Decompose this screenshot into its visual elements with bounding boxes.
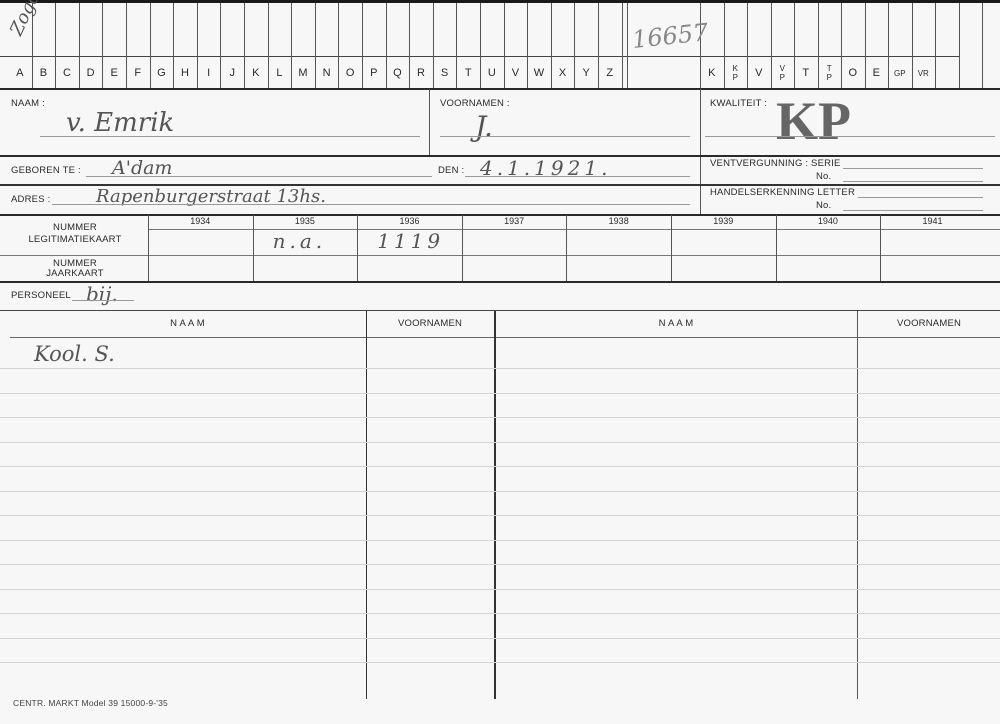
jaarkaart-label-b: JAARKAART — [10, 268, 140, 279]
code-divider — [841, 3, 842, 88]
kwaliteit-line — [705, 136, 995, 137]
ruled-line — [0, 613, 1000, 614]
personnel-header-naam-1: N A A M — [10, 318, 365, 329]
code-bottom: P — [733, 73, 738, 82]
divider — [700, 89, 701, 215]
code-bottom: P — [780, 73, 785, 82]
code-divider — [724, 3, 725, 88]
personnel-header-voornamen-1: VOORNAMEN — [366, 318, 494, 329]
personeel-value: bij. — [86, 282, 118, 306]
naam-line — [40, 136, 420, 137]
code-divider — [935, 3, 936, 88]
index-letter-s: S — [433, 58, 457, 88]
index-letter-m: M — [291, 58, 315, 88]
category-code: T — [794, 58, 818, 88]
ventvergunning-no-line — [843, 181, 983, 182]
code-top: V — [780, 64, 785, 73]
category-code: VR — [912, 58, 936, 88]
code-top: GP — [894, 69, 906, 78]
code-top: E — [873, 67, 880, 79]
index-letter-x: X — [551, 58, 575, 88]
index-letter-g: G — [150, 58, 174, 88]
adres-label: ADRES : — [11, 194, 50, 205]
code-top: V — [755, 67, 762, 79]
year-header-1939: 1939 — [671, 216, 776, 226]
year-header-1940: 1940 — [776, 216, 881, 226]
index-letter-f: F — [126, 58, 150, 88]
year-row-line — [0, 255, 1000, 256]
year-header-1934: 1934 — [148, 216, 253, 226]
code-top: T — [827, 64, 832, 73]
ruled-line — [0, 515, 1000, 516]
year-header-1935: 1935 — [253, 216, 358, 226]
code-divider — [888, 3, 889, 88]
index-divider — [622, 3, 623, 88]
category-code: O — [841, 58, 865, 88]
ruled-line — [0, 564, 1000, 565]
kwaliteit-label: KWALITEIT : — [710, 98, 767, 109]
ruled-line — [0, 491, 1000, 492]
index-letter-r: R — [409, 58, 433, 88]
corner-note: Zogd — [6, 0, 45, 39]
code-top: T — [802, 67, 809, 79]
personnel-row-naam: Kool. S. — [34, 342, 115, 366]
code-top: VR — [918, 69, 929, 78]
den-line — [465, 176, 690, 177]
code-divider — [771, 3, 772, 88]
index-letter-p: P — [362, 58, 386, 88]
index-letter-z: Z — [598, 58, 622, 88]
divider — [429, 89, 430, 155]
index-letter-e: E — [102, 58, 126, 88]
index-letter-c: C — [55, 58, 79, 88]
index-letter-b: B — [32, 58, 56, 88]
code-top: K — [733, 64, 738, 73]
code-divider — [982, 3, 983, 88]
handelserkenning-no-label: No. — [816, 200, 831, 211]
index-letter-o: O — [338, 58, 362, 88]
legitimatiekaart-label-b: LEGITIMATIEKAART — [10, 234, 140, 245]
ventvergunning-line — [843, 168, 983, 169]
index-letter-i: I — [197, 58, 221, 88]
personnel-header-naam-2: N A A M — [495, 318, 857, 329]
category-code: GP — [888, 58, 912, 88]
category-code: V — [747, 58, 771, 88]
year-header-1938: 1938 — [566, 216, 671, 226]
column-divider — [494, 311, 496, 699]
adres-line — [52, 204, 690, 205]
index-letter-w: W — [527, 58, 551, 88]
form-footer: CENTR. MARKT Model 39 15000-9-'35 — [13, 698, 168, 708]
code-top: K — [708, 67, 715, 79]
index-letter-t: T — [456, 58, 480, 88]
den-label: DEN : — [438, 165, 464, 176]
kwaliteit-stamp: KP — [776, 90, 851, 152]
index-letter-d: D — [79, 58, 103, 88]
category-code: TP — [818, 58, 842, 88]
year-header-1937: 1937 — [462, 216, 567, 226]
legitimatiekaart-label-a: NUMMER — [10, 222, 140, 233]
index-letter-v: V — [504, 58, 528, 88]
ruled-line — [0, 589, 1000, 590]
index-letter-n: N — [315, 58, 339, 88]
ruled-line — [0, 540, 1000, 541]
column-divider — [857, 311, 858, 699]
handelserkenning-no-line — [843, 210, 983, 211]
ruled-line — [0, 466, 1000, 467]
ventvergunning-label: VENTVERGUNNING : SERIE — [710, 158, 841, 169]
year-header-1941: 1941 — [880, 216, 985, 226]
code-divider — [794, 3, 795, 88]
index-letter-k: K — [244, 58, 268, 88]
registration-card: ABCDEFGHIJKLMNOPQRSTUVWXYZ KKPVVPTTPOEGP… — [0, 0, 1000, 724]
code-divider — [959, 3, 960, 88]
ruled-line — [0, 393, 1000, 394]
index-letter-y: Y — [574, 58, 598, 88]
naam-value: v. Emrik — [66, 108, 174, 138]
legitimatiekaart-1936: 1119 — [377, 229, 444, 253]
handelserkenning-line — [858, 197, 983, 198]
legitimatiekaart-1935: n.a. — [273, 229, 327, 253]
ruled-line — [0, 442, 1000, 443]
category-code: KP — [724, 58, 748, 88]
category-code: K — [700, 58, 724, 88]
personeel-label: PERSONEEL — [11, 290, 71, 301]
index-letter-u: U — [480, 58, 504, 88]
geboren-line — [86, 176, 432, 177]
card-number: 16657 — [631, 18, 710, 54]
index-letter-a: A — [8, 58, 32, 88]
code-top: O — [848, 67, 857, 79]
index-letter-q: Q — [386, 58, 410, 88]
personnel-header-line — [10, 337, 1000, 338]
category-code: E — [865, 58, 889, 88]
code-bottom: P — [827, 73, 832, 82]
row-divider — [0, 310, 1000, 311]
index-letter-h: H — [173, 58, 197, 88]
column-divider — [366, 311, 367, 699]
geboren-label: GEBOREN TE : — [11, 165, 81, 176]
ruled-line — [0, 638, 1000, 639]
naam-label: NAAM : — [11, 98, 45, 109]
row-divider — [0, 281, 1000, 283]
category-code: VP — [771, 58, 795, 88]
ventvergunning-no-label: No. — [816, 171, 831, 182]
code-divider — [912, 3, 913, 88]
voornamen-value: J. — [475, 110, 493, 143]
year-header-1936: 1936 — [357, 216, 462, 226]
index-letter-j: J — [220, 58, 244, 88]
handelserkenning-label: HANDELSERKENNING LETTER — [710, 187, 855, 198]
ruled-line — [0, 417, 1000, 418]
voornamen-label: VOORNAMEN : — [440, 98, 510, 109]
ruled-line — [0, 662, 1000, 663]
voornamen-line — [440, 136, 690, 137]
code-divider — [865, 3, 866, 88]
ruled-line — [0, 368, 1000, 369]
personeel-line — [72, 300, 134, 301]
personnel-header-voornamen-2: VOORNAMEN — [858, 318, 1000, 329]
code-divider — [818, 3, 819, 88]
code-divider — [747, 3, 748, 88]
index-letter-l: L — [268, 58, 292, 88]
